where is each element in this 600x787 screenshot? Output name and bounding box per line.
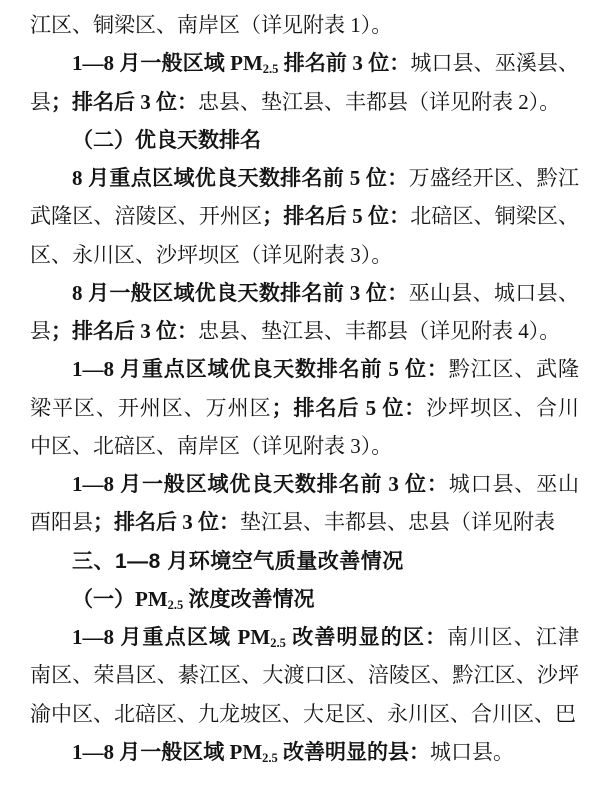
para-first-line: 1—8 月重点区域优良天数排名前 5 位：黔江区、武隆区、 <box>30 350 579 388</box>
pm25-subscript: 2.5 <box>270 636 286 650</box>
body-text: 梁平区、开州区、万州区 <box>30 396 272 420</box>
body-text: 南区、荣昌区、綦江区、大渡口区、涪陵区、黔江区、沙坪坝区、 <box>30 663 579 694</box>
para-continuation-line: 江区、铜梁区、南岸区（详见附表 1）。 <box>30 6 579 44</box>
para-last-line: 中区、北碚区、南岸区（详见附表 3）。 <box>30 427 579 465</box>
bold-label-text: 1—8 月重点区域 PM <box>72 625 270 649</box>
body-text: 中区、北碚区、南岸区（详见附表 3）。 <box>30 434 392 458</box>
bold-label-text: ；排名后 3 位： <box>51 90 198 114</box>
heading-text: 三、1—8 月环境空气质量改善情况 <box>72 550 404 573</box>
bold-label-text: 8 月重点区域优良天数排名前 5 位： <box>72 166 409 190</box>
bold-label-text: 浓度改善情况 <box>183 587 314 611</box>
body-text: 酉阳县 <box>30 510 93 534</box>
pm25-subscript: 2.5 <box>263 62 279 76</box>
bold-label-text: 排名前 3 位： <box>278 51 410 75</box>
bold-label-text: ；排名后 3 位： <box>51 319 198 343</box>
para-first-line: 1—8 月一般区域 PM2.5 改善明显的县：城口县。 <box>30 733 579 771</box>
para-first-line: 8 月一般区域优良天数排名前 3 位：巫山县、城口县、巫溪 <box>30 274 579 312</box>
bold-label-text: （一）PM <box>72 587 168 611</box>
pm25-subscript: 2.5 <box>168 598 184 612</box>
body-text: 武隆区、涪陵区、开州区 <box>30 204 262 228</box>
body-text: 江区、铜梁区、南岸区（详见附表 1）。 <box>30 13 392 37</box>
para-middle-line: 梁平区、开州区、万州区；排名后 5 位：沙坪坝区、合川区、渝 <box>30 389 579 427</box>
bold-label-text: 8 月一般区域优良天数排名前 3 位： <box>72 281 409 305</box>
body-text: 渝中区、北碚区、九龙坡区、大足区、永川区、合川区、巴南区。 <box>30 702 576 733</box>
para-last-line: 酉阳县；排名后 3 位：垫江县、丰都县、忠县（详见附表 4）。 <box>30 503 579 541</box>
para-first-line: 1—8 月一般区域 PM2.5 排名前 3 位：城口县、巫溪县、巫山 <box>30 44 579 82</box>
document-page: 江区、铜梁区、南岸区（详见附表 1）。1—8 月一般区域 PM2.5 排名前 3… <box>0 0 600 787</box>
body-text: 忠县、垫江县、丰都县（详见附表 4）。 <box>198 319 560 343</box>
document-body: 江区、铜梁区、南岸区（详见附表 1）。1—8 月一般区域 PM2.5 排名前 3… <box>30 6 579 771</box>
bold-label-text: ；排名后 5 位： <box>262 204 410 228</box>
bold-label-text: 1—8 月一般区域 PM <box>72 740 262 764</box>
para-first-line: 1—8 月一般区域优良天数排名前 3 位：城口县、巫山县、 <box>30 465 579 503</box>
para-last-line: 区、永川区、沙坪坝区（详见附表 3）。 <box>30 236 579 274</box>
para-first-line: 1—8 月重点区域 PM2.5 改善明显的区：南川区、江津区、潼 <box>30 618 579 656</box>
bold-label-text: 改善明显的区： <box>286 625 447 649</box>
bold-label-text: 1—8 月重点区域优良天数排名前 5 位： <box>72 357 449 381</box>
bold-label-text: 1—8 月一般区域 PM <box>72 51 263 75</box>
para-last-line: 县；排名后 3 位：忠县、垫江县、丰都县（详见附表 4）。 <box>30 312 579 350</box>
body-text: 县 <box>30 319 51 343</box>
body-text: 城口县。 <box>430 740 514 764</box>
para-middle-line: 南区、荣昌区、綦江区、大渡口区、涪陵区、黔江区、沙坪坝区、 <box>30 656 579 694</box>
bold-label-text: （二）优良天数排名 <box>72 128 261 152</box>
para-last-line: 县；排名后 3 位：忠县、垫江县、丰都县（详见附表 2）。 <box>30 83 579 121</box>
bold-label-text: ；排名后 3 位： <box>93 510 240 534</box>
pm25-subscript: 2.5 <box>262 751 278 765</box>
subsection-heading: （一）PM2.5 浓度改善情况 <box>30 580 579 618</box>
bold-label-text: 1—8 月一般区域优良天数排名前 3 位： <box>72 472 449 496</box>
body-text: 区、永川区、沙坪坝区（详见附表 3）。 <box>30 243 392 267</box>
section-heading: 三、1—8 月环境空气质量改善情况 <box>30 542 579 580</box>
bold-label-text: 改善明显的县： <box>278 740 430 764</box>
para-last-line: 渝中区、北碚区、九龙坡区、大足区、永川区、合川区、巴南区。 <box>30 695 579 733</box>
body-text: 忠县、垫江县、丰都县（详见附表 2）。 <box>198 90 560 114</box>
para-first-line: 8 月重点区域优良天数排名前 5 位：万盛经开区、黔江区、 <box>30 159 579 197</box>
bold-label-text: ；排名后 5 位： <box>272 396 427 420</box>
subsection-heading: （二）优良天数排名 <box>30 121 579 159</box>
para-middle-line: 武隆区、涪陵区、开州区；排名后 5 位：北碚区、铜梁区、合川 <box>30 197 579 235</box>
body-text: 县 <box>30 90 51 114</box>
